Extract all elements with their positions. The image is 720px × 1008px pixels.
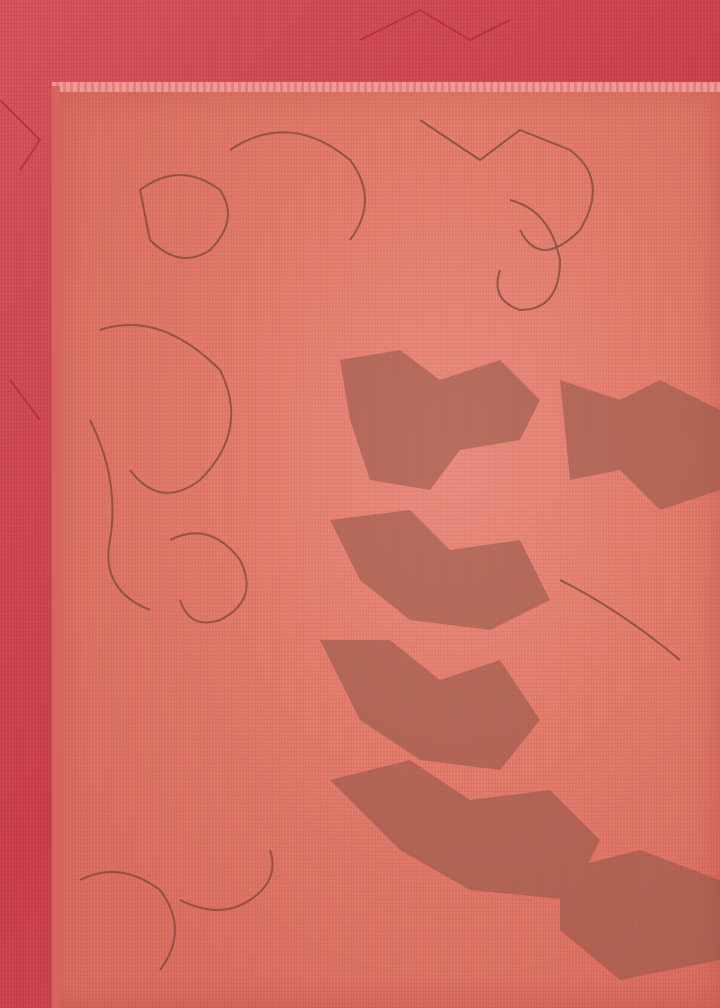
rug-photo [0,0,720,1008]
rug-motifs [0,0,720,1008]
